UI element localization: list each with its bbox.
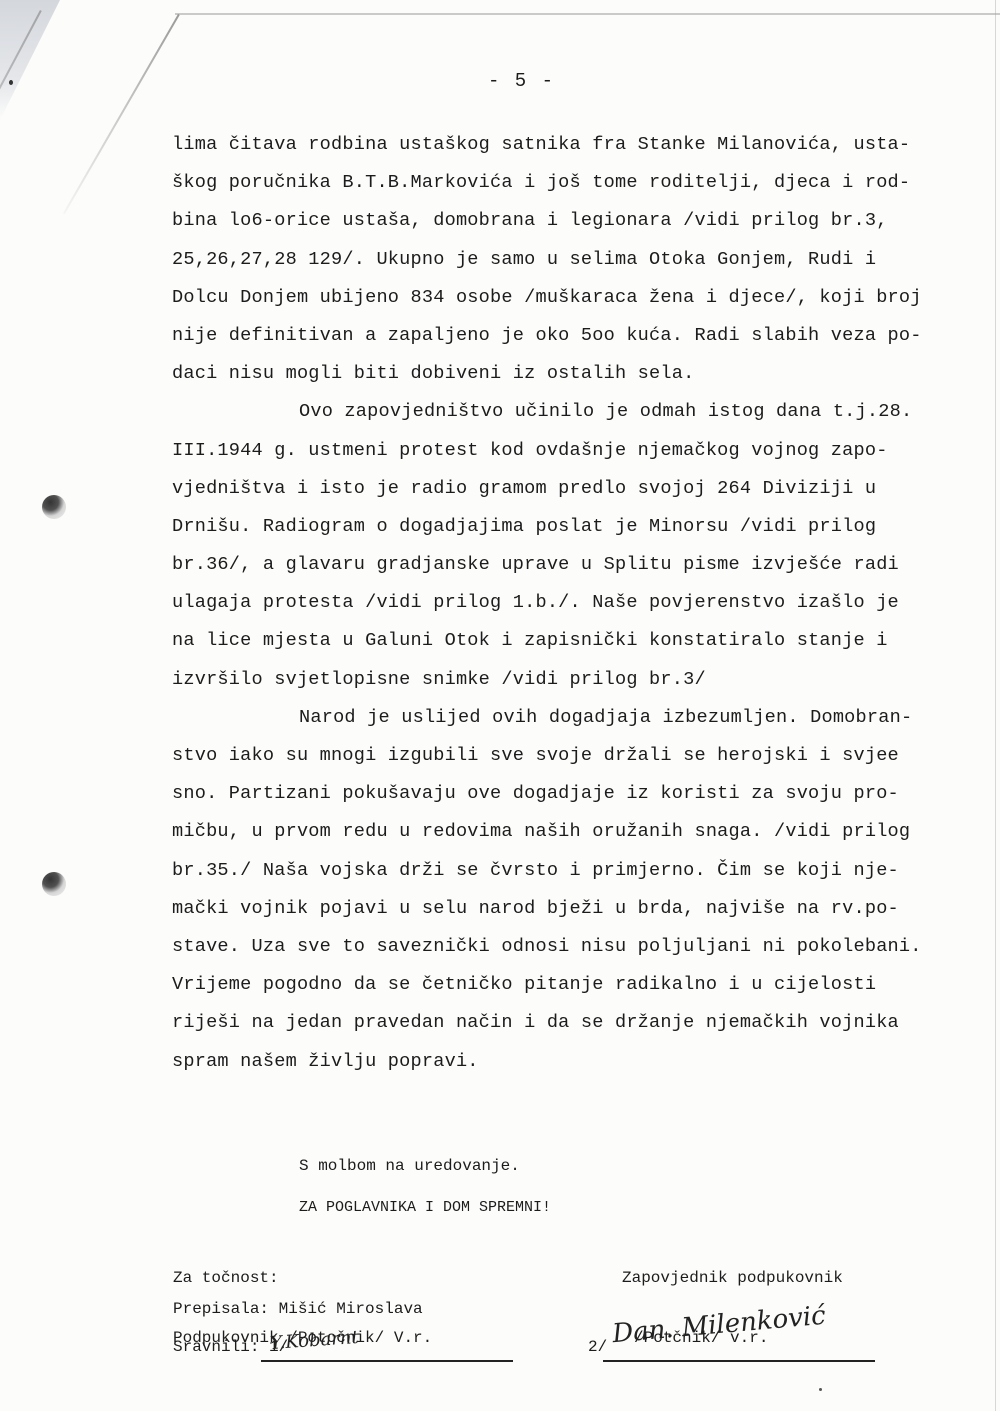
signature-line bbox=[603, 1360, 875, 1362]
text-line: Drnišu. Radiogram o dogadjajima poslat j… bbox=[172, 512, 992, 550]
text-line: 25,26,27,28 129/. Ukupno je samo u selim… bbox=[172, 245, 992, 283]
document-body: lima čitava rodbina ustaškog satnika fra… bbox=[172, 130, 992, 1085]
text-line: daci nisu mogli biti dobiveni iz ostalih… bbox=[172, 359, 992, 397]
punch-hole-icon bbox=[42, 872, 66, 896]
text-line: lima čitava rodbina ustaškog satnika fra… bbox=[172, 130, 992, 168]
text-line: stave. Uza sve to saveznički odnosi nisu… bbox=[172, 932, 992, 970]
text-line: škog poručnika B.T.B.Markovića i još tom… bbox=[172, 168, 992, 206]
text-line: stvo iako su mnogi izgubili sve svoje dr… bbox=[172, 741, 992, 779]
closing-request: S molbom na uredovanje. bbox=[299, 1157, 520, 1175]
paper-right-edge bbox=[995, 0, 996, 1411]
scan-corner-shadow bbox=[0, 0, 60, 120]
text-line: na lice mjesta u Galuni Otok i zapisničk… bbox=[172, 626, 992, 664]
text-line: nije definitivan a zapaljeno je oko 5oo … bbox=[172, 321, 992, 359]
text-line: br.35./ Naša vojska drži se čvrsto i pri… bbox=[172, 856, 992, 894]
text-line: sno. Partizani pokušavaju ove dogadjaje … bbox=[172, 779, 992, 817]
text-line: Vrijeme pogodno da se četničko pitanje r… bbox=[172, 970, 992, 1008]
text-line: br.36/, a glavaru gradjanske uprave u Sp… bbox=[172, 550, 992, 588]
text-line: bina lo6-orice ustaša, domobrana i legio… bbox=[172, 206, 992, 244]
punch-hole-icon bbox=[42, 495, 66, 519]
text-line: izvršilo svjetlopisne snimke /vidi prilo… bbox=[172, 665, 992, 703]
text-line: mački vojnik pojavi u selu narod bježi u… bbox=[172, 894, 992, 932]
text-line: riješi na jedan pravedan način i da se d… bbox=[172, 1008, 992, 1046]
paper-speck bbox=[9, 80, 13, 85]
signature-line bbox=[261, 1360, 513, 1362]
paper-speck bbox=[819, 1388, 822, 1391]
commander-title: Zapovjednik podpukovnik bbox=[622, 1268, 843, 1288]
text-line: vjedništva i isto je radio gramom predlo… bbox=[172, 474, 992, 512]
text-line: III.1944 g. ustmeni protest kod ovdašnje… bbox=[172, 436, 992, 474]
closing-salute: ZA POGLAVNIKA I DOM SPREMNI! bbox=[299, 1199, 551, 1216]
accuracy-label: Za točnost: bbox=[173, 1268, 432, 1288]
page-number: - 5 - bbox=[488, 70, 555, 92]
text-line: ulagaja protesta /vidi prilog 1.b./. Naš… bbox=[172, 588, 992, 626]
transcribed-by: Prepisala: Mišić Miroslava bbox=[173, 1300, 423, 1318]
text-line: mičbu, u prvom redu u redovima naših oru… bbox=[172, 817, 992, 855]
compared-by-2-label: 2/ bbox=[588, 1338, 607, 1356]
paper-top-edge bbox=[175, 13, 1000, 15]
text-line: Ovo zapovjedništvo učinilo je odmah isto… bbox=[172, 397, 992, 435]
text-line: Narod je uslijed ovih dogadjaja izbezuml… bbox=[172, 703, 992, 741]
paper-edge-line bbox=[63, 14, 180, 214]
text-line: Dolcu Donjem ubijeno 834 osobe /muškarac… bbox=[172, 283, 992, 321]
document-page: - 5 - lima čitava rodbina ustaškog satni… bbox=[0, 0, 1000, 1411]
text-line: spram našem življu popravi. bbox=[172, 1047, 992, 1085]
